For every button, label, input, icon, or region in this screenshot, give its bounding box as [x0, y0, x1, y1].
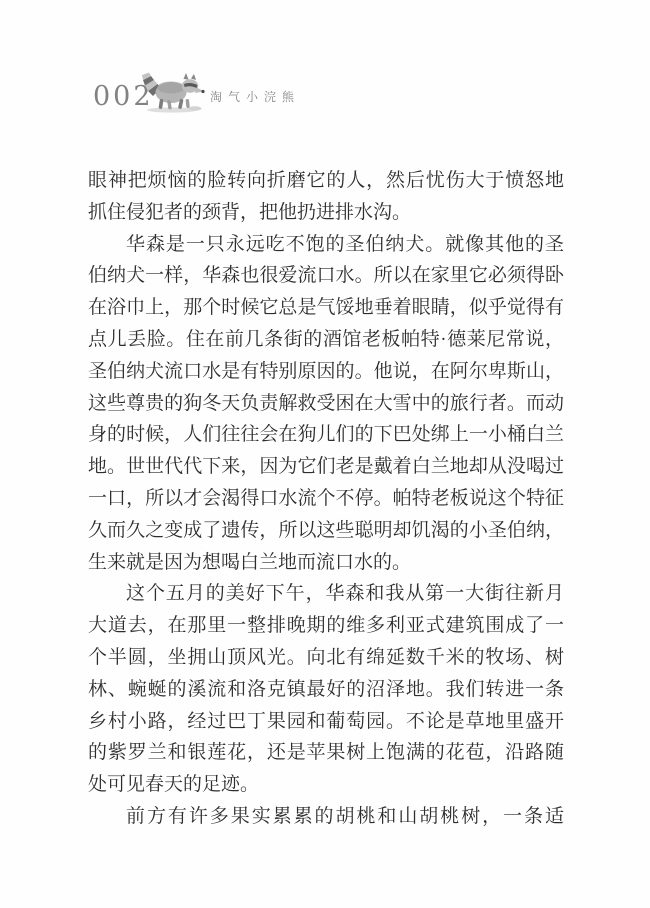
text-line: 的紫罗兰和银莲花，还是苹果树上饱满的花苞，沿路随: [88, 737, 564, 769]
text-line: 这些尊贵的狗冬天负责解救受困在大雪中的旅行者。而动: [88, 388, 564, 420]
raccoon-icon: [138, 70, 206, 114]
text-line: 眼神把烦恼的脸转向折磨它的人，然后忧伤大于愤怒地: [88, 165, 564, 197]
text-line: 个半圆，坐拥山顶风光。向北有绵延数千米的牧场、树: [88, 642, 564, 674]
book-page: 002: [0, 0, 650, 908]
text-block: 眼神把烦恼的脸转向折磨它的人，然后忧伤大于愤怒地抓住侵犯者的颈背，把他扔进排水沟…: [88, 165, 564, 833]
text-line: 圣伯纳犬流口水是有特别原因的。他说，在阿尔卑斯山，: [88, 356, 564, 388]
text-line: 前方有许多果实累累的胡桃和山胡桃树，一条适: [88, 801, 564, 833]
book-title: 淘气小浣熊: [210, 90, 300, 104]
text-line: 乡村小路，经过巴丁果园和葡萄园。不论是草地里盛开: [88, 706, 564, 738]
text-line: 久而久之变成了遗传，所以这些聪明却饥渴的小圣伯纳，: [88, 515, 564, 547]
text-line: 林、蜿蜒的溪流和洛克镇最好的沼泽地。我们转进一条: [88, 674, 564, 706]
text-line: 点儿丢脸。住在前几条街的酒馆老板帕特·德莱尼常说，: [88, 324, 564, 356]
text-line: 处可见春天的足迹。: [88, 769, 564, 801]
text-line: 身的时候，人们往往会在狗儿们的下巴处绑上一小桶白兰: [88, 419, 564, 451]
page-header: 002: [0, 0, 650, 130]
text-line: 生来就是因为想喝白兰地而流口水的。: [88, 547, 564, 579]
text-line: 这个五月的美好下午，华森和我从第一大街往新月: [88, 578, 564, 610]
text-line: 一口，所以才会渴得口水流个不停。帕特老板说这个特征: [88, 483, 564, 515]
text-line: 伯纳犬一样，华森也很爱流口水。所以在家里它必须得卧: [88, 260, 564, 292]
text-line: 华森是一只永远吃不饱的圣伯纳犬。就像其他的圣: [88, 229, 564, 261]
text-line: 大道去，在那里一整排晚期的维多利亚式建筑围成了一: [88, 610, 564, 642]
text-line: 抓住侵犯者的颈背，把他扔进排水沟。: [88, 197, 564, 229]
text-line: 在浴巾上，那个时候它总是气馁地垂着眼睛，似乎觉得有: [88, 292, 564, 324]
text-line: 地。世世代代下来，因为它们老是戴着白兰地却从没喝过: [88, 451, 564, 483]
